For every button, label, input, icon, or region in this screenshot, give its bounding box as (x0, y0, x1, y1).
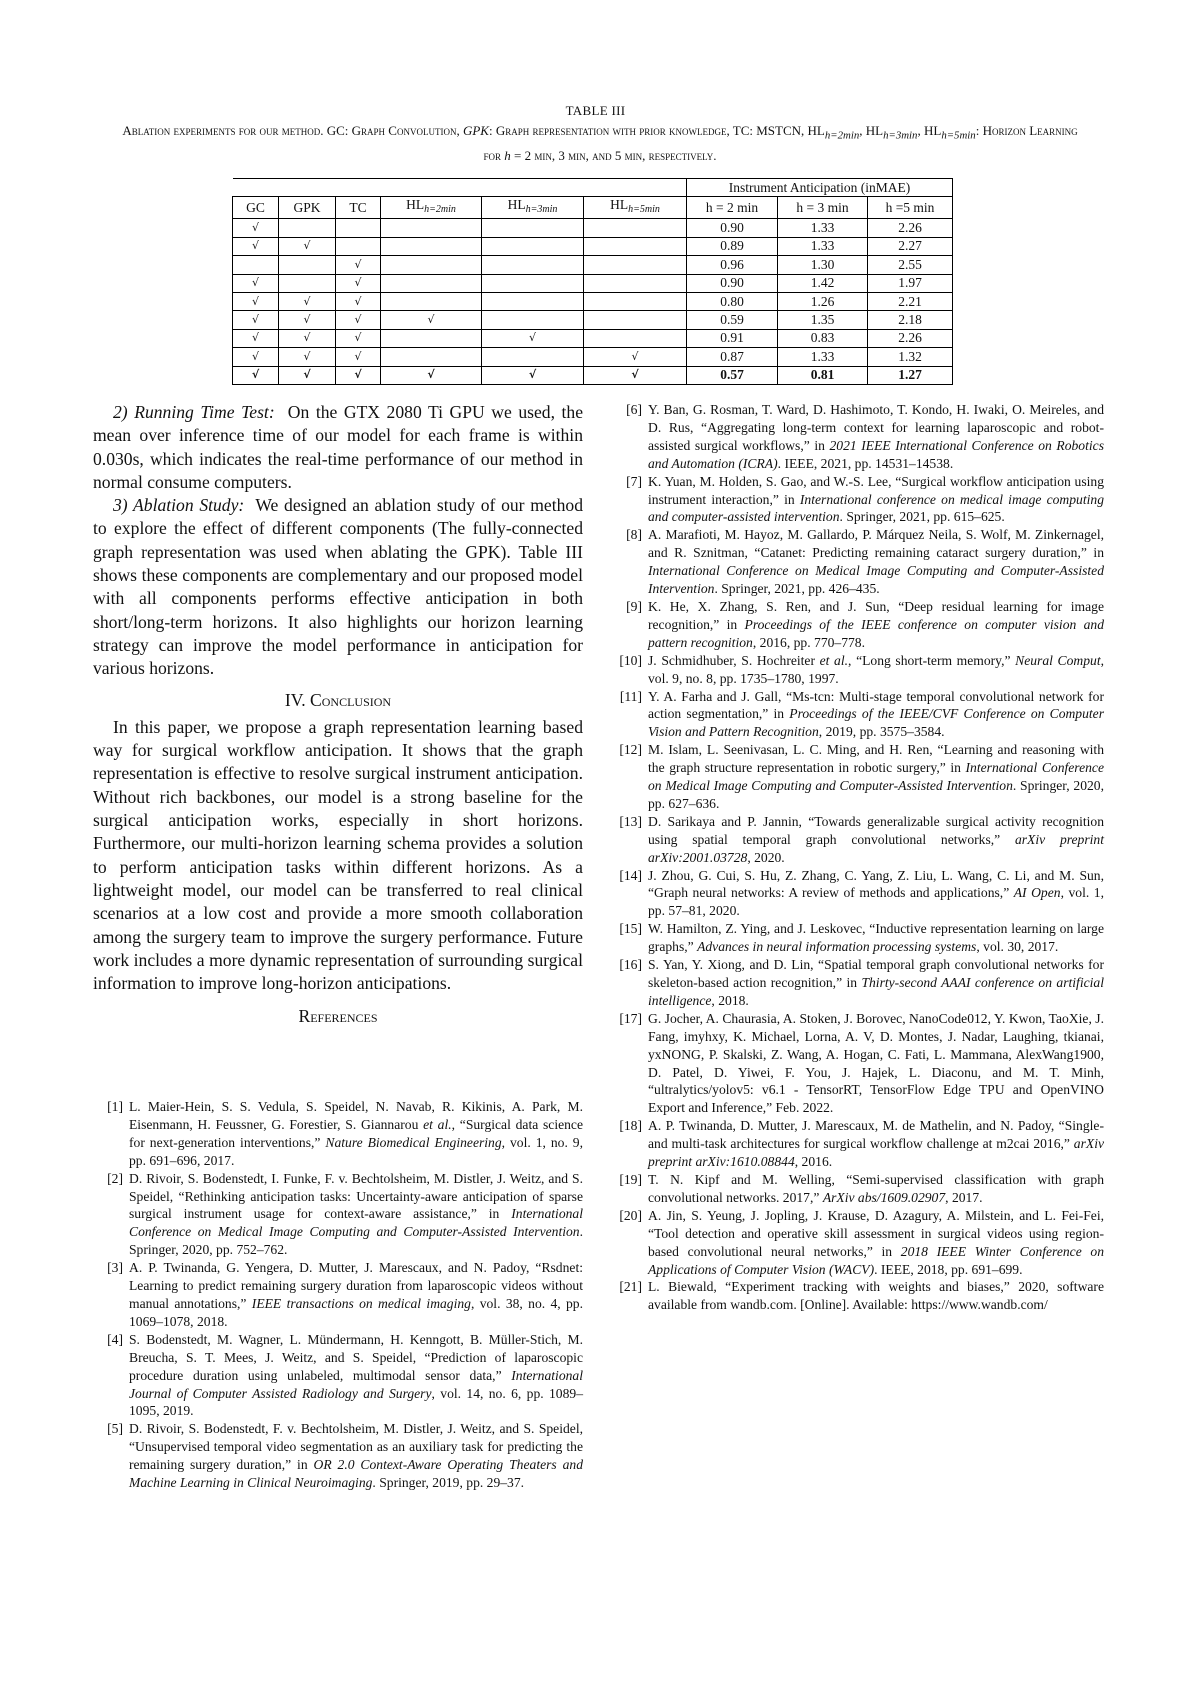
value-cell: 2.27 (868, 237, 953, 255)
section-heading-references: References (93, 1005, 583, 1028)
empty-cell (482, 292, 584, 310)
reference-pre: A. P. Twinanda, D. Mutter, J. Marescaux,… (648, 1118, 1104, 1151)
empty-cell (381, 292, 482, 310)
column-header-label: TC (349, 200, 366, 215)
empty-cell (584, 311, 687, 329)
group-header-instrument-anticipation: Instrument Anticipation (inMAE) (687, 179, 953, 197)
ablation-table: Instrument Anticipation (inMAE) GCGPKTCH… (232, 178, 953, 385)
value-cell: 2.26 (868, 329, 953, 347)
empty-cell (381, 256, 482, 274)
checkmark-icon: √ (584, 366, 687, 384)
value-cell: 1.97 (868, 274, 953, 292)
value-cell: 1.30 (778, 256, 868, 274)
empty-cell (584, 292, 687, 310)
reference-number: [2] (93, 1170, 123, 1188)
table-caption: Ablation experiments for our method. GC:… (120, 121, 1080, 165)
subsection-heading-running-time: 2) Running Time Test: (113, 402, 275, 422)
reference-venue: AI Open (1014, 885, 1061, 900)
value-cell: 0.81 (778, 366, 868, 384)
reference-mid: , “Long short-term memory,” (848, 653, 1015, 668)
value-cell: 0.89 (687, 237, 778, 255)
reference-number: [15] (612, 920, 642, 938)
table-row: √√√√0.591.352.18 (233, 311, 953, 329)
column-header-label: h = 3 min (796, 200, 848, 215)
reference-item: [15]W. Hamilton, Z. Ying, and J. Leskove… (612, 920, 1104, 956)
reference-item: [2]D. Rivoir, S. Bodenstedt, I. Funke, F… (93, 1170, 583, 1260)
table-row: √0.961.302.55 (233, 256, 953, 274)
reference-number: [12] (612, 741, 642, 759)
reference-number: [7] (612, 473, 642, 491)
reference-pre: L. Biewald, “Experiment tracking with we… (648, 1279, 1104, 1312)
column-header: TC (336, 197, 381, 219)
reference-number: [1] (93, 1098, 123, 1116)
column-header-subscript: h=2min (424, 204, 456, 215)
empty-cell (336, 219, 381, 237)
empty-cell (482, 348, 584, 366)
column-header: h =5 min (868, 197, 953, 219)
paragraph-ablation: 3) Ablation Study: We designed an ablati… (93, 494, 583, 680)
checkmark-icon: √ (279, 292, 336, 310)
column-header: HLh=2min (381, 197, 482, 219)
empty-cell (584, 274, 687, 292)
empty-cell (584, 219, 687, 237)
reference-post: , 2019, pp. 3575–3584. (819, 724, 945, 739)
references-list-right: [6]Y. Ban, G. Rosman, T. Ward, D. Hashim… (612, 401, 1104, 1314)
reference-number: [11] (612, 688, 642, 706)
empty-cell (482, 256, 584, 274)
reference-number: [21] (612, 1278, 642, 1296)
reference-item: [5]D. Rivoir, S. Bodenstedt, F. v. Becht… (93, 1420, 583, 1492)
column-header: HLh=5min (584, 197, 687, 219)
checkmark-icon: √ (336, 292, 381, 310)
reference-post: , 2016. (795, 1154, 832, 1169)
empty-cell (279, 256, 336, 274)
value-cell: 0.96 (687, 256, 778, 274)
column-header: h = 2 min (687, 197, 778, 219)
column-header-label: HL (406, 197, 424, 212)
reference-post: . Springer, 2021, pp. 426–435. (714, 581, 879, 596)
table-label: TABLE III (0, 103, 1191, 119)
reference-number: [10] (612, 652, 642, 670)
column-header: GC (233, 197, 279, 219)
checkmark-icon: √ (279, 366, 336, 384)
column-header-subscript: h=3min (526, 204, 558, 215)
table-row: √√√√0.910.832.26 (233, 329, 953, 347)
reference-number: [13] (612, 813, 642, 831)
empty-cell (336, 237, 381, 255)
checkmark-icon: √ (336, 348, 381, 366)
empty-cell (381, 274, 482, 292)
checkmark-icon: √ (233, 219, 279, 237)
checkmark-icon: √ (233, 366, 279, 384)
reference-post: . Springer, 2021, pp. 615–625. (840, 509, 1005, 524)
value-cell: 1.42 (778, 274, 868, 292)
reference-number: [19] (612, 1171, 642, 1189)
reference-venue: Advances in neural information processin… (697, 939, 976, 954)
reference-etal: et al. (820, 653, 848, 668)
caption-text: : Graph representation with prior knowle… (489, 123, 825, 138)
value-cell: 1.27 (868, 366, 953, 384)
value-cell: 0.90 (687, 219, 778, 237)
empty-cell (584, 329, 687, 347)
column-header: HLh=3min (482, 197, 584, 219)
reference-number: [9] (612, 598, 642, 616)
value-cell: 0.83 (778, 329, 868, 347)
reference-item: [4]S. Bodenstedt, M. Wagner, L. Münderma… (93, 1331, 583, 1421)
reference-item: [21]L. Biewald, “Experiment tracking wit… (612, 1278, 1104, 1314)
reference-item: [17]G. Jocher, A. Chaurasia, A. Stoken, … (612, 1010, 1104, 1117)
value-cell: 0.87 (687, 348, 778, 366)
empty-cell (482, 311, 584, 329)
reference-item: [20]A. Jin, S. Yeung, J. Jopling, J. Kra… (612, 1207, 1104, 1279)
checkmark-icon: √ (336, 366, 381, 384)
column-header-label: h = 2 min (706, 200, 758, 215)
value-cell: 1.35 (778, 311, 868, 329)
table-body: √0.901.332.26√√0.891.332.27√0.961.302.55… (233, 219, 953, 385)
caption-subscript: h=2min (825, 130, 859, 142)
value-cell: 2.21 (868, 292, 953, 310)
checkmark-icon: √ (336, 256, 381, 274)
table-row: √√√0.801.262.21 (233, 292, 953, 310)
reference-pre: G. Jocher, A. Chaurasia, A. Stoken, J. B… (648, 1011, 1104, 1116)
reference-number: [4] (93, 1331, 123, 1349)
checkmark-icon: √ (381, 311, 482, 329)
checkmark-icon: √ (336, 329, 381, 347)
empty-cell (381, 219, 482, 237)
table-group-header-row: Instrument Anticipation (inMAE) (233, 179, 953, 197)
section-heading-conclusion: IV. Conclusion (93, 689, 583, 712)
reference-number: [18] (612, 1117, 642, 1135)
column-header-label: HL (610, 197, 628, 212)
column-header-label: GPK (293, 200, 320, 215)
checkmark-icon: √ (482, 329, 584, 347)
value-cell: 2.26 (868, 219, 953, 237)
reference-post: , vol. 30, 2017. (976, 939, 1058, 954)
table-row: √√√√√√0.570.811.27 (233, 366, 953, 384)
checkmark-icon: √ (482, 366, 584, 384)
checkmark-icon: √ (279, 311, 336, 329)
reference-item: [13]D. Sarikaya and P. Jannin, “Towards … (612, 813, 1104, 867)
reference-pre: J. Schmidhuber, S. Hochreiter (648, 653, 820, 668)
reference-number: [5] (93, 1420, 123, 1438)
value-cell: 0.90 (687, 274, 778, 292)
reference-post: , 2020. (747, 850, 784, 865)
checkmark-icon: √ (233, 237, 279, 255)
checkmark-icon: √ (233, 348, 279, 366)
empty-cell (381, 329, 482, 347)
column-header-label: GC (246, 200, 265, 215)
left-column: 2) Running Time Test: On the GTX 2080 Ti… (93, 401, 583, 1033)
reference-post: . IEEE, 2018, pp. 691–699. (874, 1262, 1022, 1277)
checkmark-icon: √ (233, 274, 279, 292)
subsection-heading-ablation: 3) Ablation Study: (113, 495, 244, 515)
reference-venue: Neural Comput (1015, 653, 1100, 668)
empty-cell (584, 237, 687, 255)
checkmark-icon: √ (233, 311, 279, 329)
reference-venue: ArXiv abs/1609.02907 (823, 1190, 945, 1205)
empty-cell (279, 274, 336, 292)
checkmark-icon: √ (233, 292, 279, 310)
reference-number: [16] (612, 956, 642, 974)
reference-venue: Nature Biomedical Engineering (325, 1135, 501, 1150)
reference-post: , 2017. (945, 1190, 982, 1205)
value-cell: 0.57 (687, 366, 778, 384)
checkmark-icon: √ (336, 274, 381, 292)
column-header-subscript: h=5min (628, 204, 660, 215)
value-cell: 1.33 (778, 237, 868, 255)
checkmark-icon: √ (584, 348, 687, 366)
value-cell: 1.26 (778, 292, 868, 310)
table-row: √√√√0.871.331.32 (233, 348, 953, 366)
column-header-label: h =5 min (886, 200, 935, 215)
reference-post: . Springer, 2019, pp. 29–37. (372, 1475, 524, 1490)
table-row: √√0.891.332.27 (233, 237, 953, 255)
reference-number: [14] (612, 867, 642, 885)
empty-cell (381, 348, 482, 366)
caption-text: = 2 min, 3 min, and 5 min, respectively. (511, 148, 717, 163)
checkmark-icon: √ (336, 311, 381, 329)
column-header: GPK (279, 197, 336, 219)
reference-item: [7]K. Yuan, M. Holden, S. Gao, and W.-S.… (612, 473, 1104, 527)
reference-venue: IEEE transactions on medical imaging (252, 1296, 471, 1311)
reference-item: [19]T. N. Kipf and M. Welling, “Semi-sup… (612, 1171, 1104, 1207)
reference-item: [11]Y. A. Farha and J. Gall, “Ms-tcn: Mu… (612, 688, 1104, 742)
table-blank-header (233, 179, 687, 197)
value-cell: 1.33 (778, 219, 868, 237)
reference-pre: A. Marafioti, M. Hayoz, M. Gallardo, P. … (648, 527, 1104, 560)
reference-number: [8] (612, 526, 642, 544)
caption-subscript: h=3min (883, 130, 917, 142)
empty-cell (584, 256, 687, 274)
value-cell: 0.91 (687, 329, 778, 347)
value-cell: 0.80 (687, 292, 778, 310)
reference-etal: et al. (423, 1117, 452, 1132)
column-header-label: HL (508, 197, 526, 212)
reference-item: [16]S. Yan, Y. Xiong, and D. Lin, “Spati… (612, 956, 1104, 1010)
reference-post: . IEEE, 2021, pp. 14531–14538. (778, 456, 954, 471)
empty-cell (482, 237, 584, 255)
ablation-text: We designed an ablation study of our met… (93, 495, 583, 678)
value-cell: 2.55 (868, 256, 953, 274)
value-cell: 1.33 (778, 348, 868, 366)
table-row: √0.901.332.26 (233, 219, 953, 237)
reference-item: [14]J. Zhou, G. Cui, S. Hu, Z. Zhang, C.… (612, 867, 1104, 921)
reference-item: [10]J. Schmidhuber, S. Hochreiter et al.… (612, 652, 1104, 688)
reference-number: [3] (93, 1259, 123, 1277)
paragraph-conclusion: In this paper, we propose a graph repres… (93, 716, 583, 996)
empty-cell (233, 256, 279, 274)
reference-item: [8]A. Marafioti, M. Hayoz, M. Gallardo, … (612, 526, 1104, 598)
checkmark-icon: √ (381, 366, 482, 384)
caption-subscript: h=5min (941, 130, 975, 142)
reference-post: , 2016, pp. 770–778. (753, 635, 865, 650)
reference-post: , 2018. (711, 993, 748, 1008)
reference-number: [20] (612, 1207, 642, 1225)
empty-cell (482, 219, 584, 237)
reference-number: [6] (612, 401, 642, 419)
value-cell: 2.18 (868, 311, 953, 329)
paragraph-running-time: 2) Running Time Test: On the GTX 2080 Ti… (93, 401, 583, 494)
empty-cell (381, 237, 482, 255)
reference-item: [3]A. P. Twinanda, G. Yengera, D. Mutter… (93, 1259, 583, 1331)
empty-cell (482, 274, 584, 292)
table-row: √√0.901.421.97 (233, 274, 953, 292)
empty-cell (279, 219, 336, 237)
caption-text: Ablation experiments for our method. GC:… (122, 123, 463, 138)
reference-item: [12]M. Islam, L. Seenivasan, L. C. Ming,… (612, 741, 1104, 813)
reference-item: [9]K. He, X. Zhang, S. Ren, and J. Sun, … (612, 598, 1104, 652)
reference-item: [1]L. Maier-Hein, S. S. Vedula, S. Speid… (93, 1098, 583, 1170)
table-header-row: GCGPKTCHLh=2minHLh=3minHLh=5minh = 2 min… (233, 197, 953, 219)
column-header: h = 3 min (778, 197, 868, 219)
caption-gpk: GPK (463, 123, 489, 138)
checkmark-icon: √ (279, 329, 336, 347)
reference-number: [17] (612, 1010, 642, 1028)
reference-item: [6]Y. Ban, G. Rosman, T. Ward, D. Hashim… (612, 401, 1104, 473)
checkmark-icon: √ (233, 329, 279, 347)
value-cell: 0.59 (687, 311, 778, 329)
value-cell: 1.32 (868, 348, 953, 366)
references-list-left: [1]L. Maier-Hein, S. S. Vedula, S. Speid… (93, 1098, 583, 1492)
reference-item: [18]A. P. Twinanda, D. Mutter, J. Maresc… (612, 1117, 1104, 1171)
checkmark-icon: √ (279, 237, 336, 255)
checkmark-icon: √ (279, 348, 336, 366)
